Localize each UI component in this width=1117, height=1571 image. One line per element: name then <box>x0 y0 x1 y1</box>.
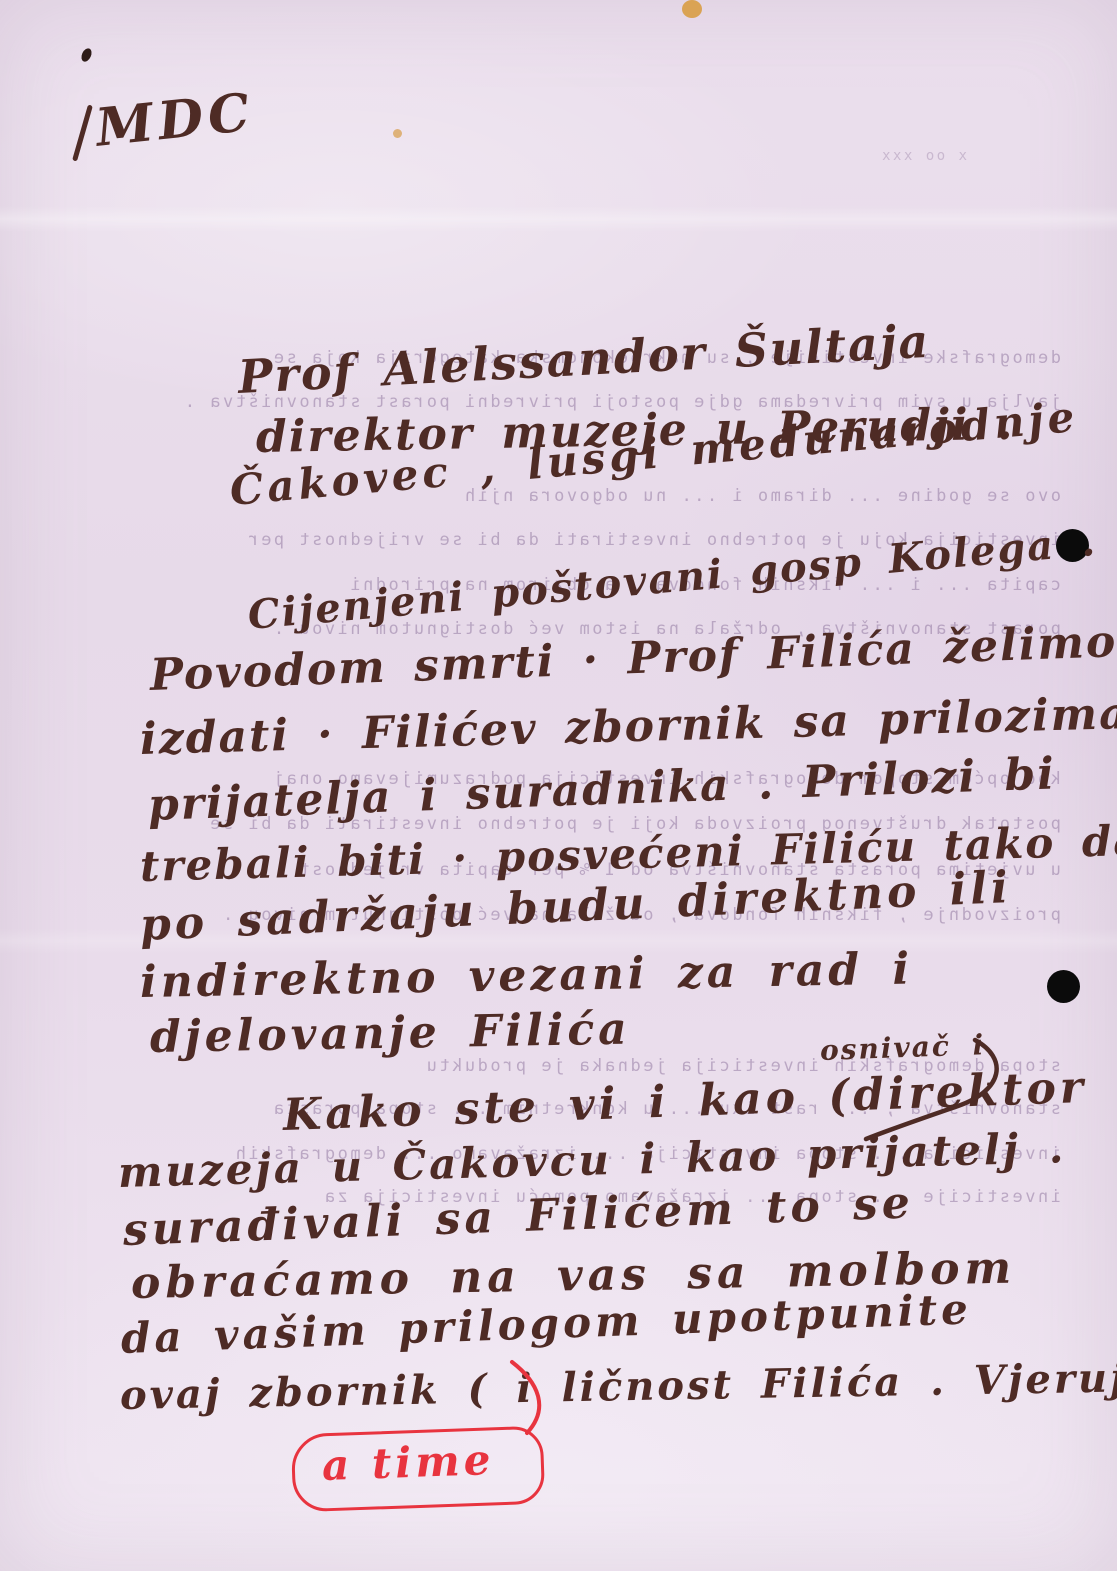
bleedthrough-line: ovo se godine ... diramo i ... nu odgovo… <box>56 486 1061 506</box>
paper-stain <box>393 129 402 138</box>
paper-stain <box>682 0 702 18</box>
bleedthrough-fragment: x oo xxx <box>837 148 967 164</box>
insertion-note: osnivač i <box>819 1028 985 1067</box>
red-annotation-label: a time <box>321 1435 495 1490</box>
letter-line: djelovanje Filića <box>150 1004 632 1063</box>
hole-punch <box>1047 970 1080 1003</box>
paper-crease <box>0 206 1117 232</box>
